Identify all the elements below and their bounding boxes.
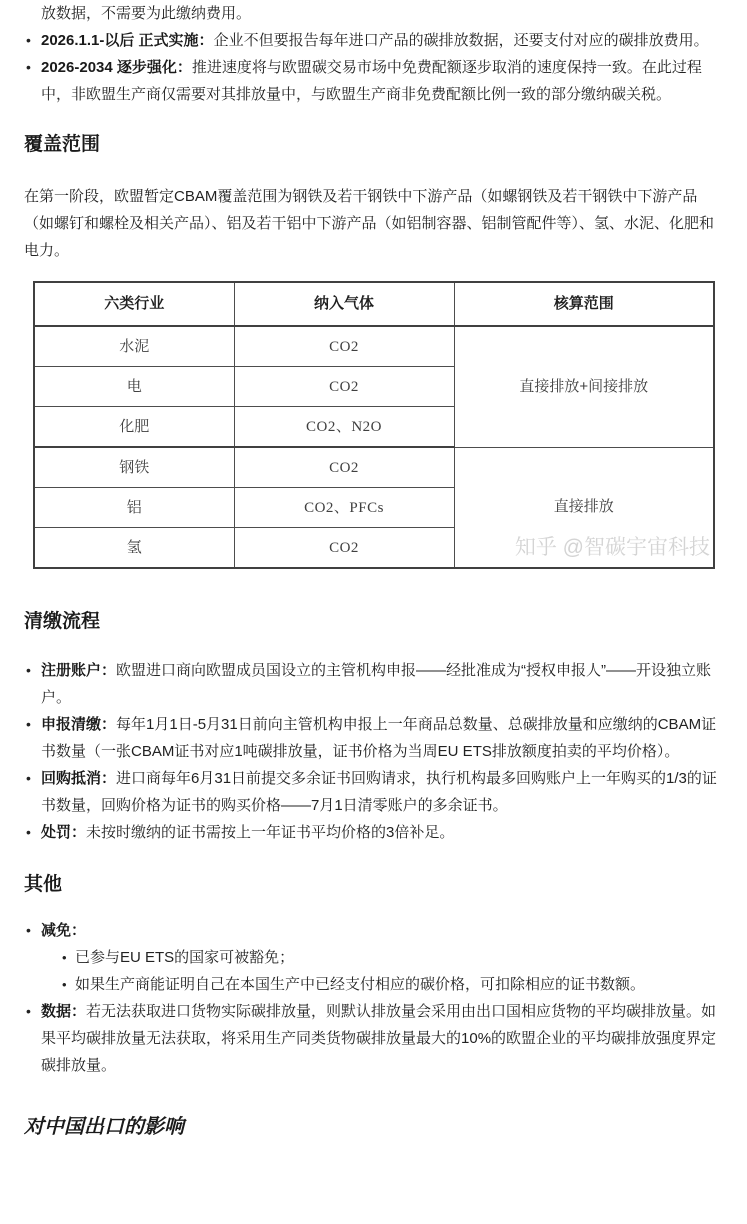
gas-cell: CO2: [234, 367, 454, 407]
scope-text: 直接排放+间接排放: [519, 378, 648, 395]
scope-cell-direct: 直接排放 知乎 @智碳宇宙科技: [454, 447, 714, 568]
settlement-bullet-list: 注册账户：欧盟进口商向欧盟成员国设立的主管机构申报——经批准成为“授权申报人”—…: [24, 657, 717, 846]
cbam-sector-table: 六类行业 纳入气体 核算范围 水泥 CO2 直接排放+间接排放 电 CO2 化肥…: [33, 281, 715, 569]
table-row: 水泥 CO2 直接排放+间接排放: [34, 326, 714, 367]
industry-cell: 钢铁: [34, 447, 234, 488]
item-label: 处罚：: [41, 824, 86, 841]
industry-cell: 水泥: [34, 326, 234, 367]
list-item: 回购抵消：进口商每年6月31日前提交多余证书回购请求，执行机构最多回购账户上一年…: [24, 765, 717, 819]
intro-continuation-line: 放数据，不需要为此缴纳费用。: [24, 0, 717, 27]
gas-cell: CO2、PFCs: [234, 488, 454, 528]
section-heading-others: 其他: [24, 872, 717, 898]
item-text: 欧盟进口商向欧盟成员国设立的主管机构申报——经批准成为“授权申报人”——开设独立…: [41, 662, 711, 706]
list-item-data: 数据：若无法获取进口货物实际碳排放量，则默认排放量会采用由出口国相应货物的平均碳…: [24, 998, 717, 1079]
sub-list-item: 已参与EU ETS的国家可被豁免；: [62, 944, 717, 971]
list-item: 注册账户：欧盟进口商向欧盟成员国设立的主管机构申报——经批准成为“授权申报人”—…: [24, 657, 717, 711]
section-heading-impact: 对中国出口的影响: [24, 1113, 717, 1141]
column-header-industry: 六类行业: [34, 282, 234, 326]
item-label: 申报清缴：: [41, 716, 116, 733]
table-header-row: 六类行业 纳入气体 核算范围: [34, 282, 714, 326]
gas-cell: CO2: [234, 447, 454, 488]
industry-cell: 氢: [34, 528, 234, 569]
scope-cell-direct-indirect: 直接排放+间接排放: [454, 326, 714, 447]
list-item: 2026.1.1-以后 正式实施：企业不但要报告每年进口产品的碳排放数据，还要支…: [24, 27, 717, 54]
item-label: 回购抵消：: [41, 770, 116, 787]
intro-bullet-list: 2026.1.1-以后 正式实施：企业不但要报告每年进口产品的碳排放数据，还要支…: [24, 27, 717, 108]
gas-cell: CO2: [234, 528, 454, 569]
list-item: 申报清缴：每年1月1日-5月31日前向主管机构申报上一年商品总数量、总碳排放量和…: [24, 711, 717, 765]
item-label: 减免：: [41, 922, 86, 939]
item-text: 每年1月1日-5月31日前向主管机构申报上一年商品总数量、总碳排放量和应缴纳的C…: [41, 716, 716, 760]
item-label: 2026-2034 逐步强化：: [41, 59, 192, 76]
column-header-scope: 核算范围: [454, 282, 714, 326]
sub-list-item: 如果生产商能证明自己在本国生产中已经支付相应的碳价格，可扣除相应的证书数额。: [62, 971, 717, 998]
list-item: 2026-2034 逐步强化：推进速度将与欧盟碳交易市场中免费配额逐步取消的速度…: [24, 54, 717, 108]
item-text: 未按时缴纳的证书需按上一年证书平均价格的3倍补足。: [86, 824, 454, 841]
gas-cell: CO2: [234, 326, 454, 367]
item-text: 进口商每年6月31日前提交多余证书回购请求，执行机构最多回购账户上一年购买的1/…: [41, 770, 717, 814]
scope-text: 直接排放: [554, 498, 614, 515]
table-row: 钢铁 CO2 直接排放 知乎 @智碳宇宙科技: [34, 447, 714, 488]
item-text: 若无法获取进口货物实际碳排放量，则默认排放量会采用由出口国相应货物的平均碳排放量…: [41, 1003, 716, 1074]
item-label: 数据：: [41, 1003, 86, 1020]
coverage-paragraph: 在第一阶段，欧盟暂定CBAM覆盖范围为钢铁及若干钢铁中下游产品（如螺钢铁及若干钢…: [24, 183, 717, 264]
section-heading-settlement: 清缴流程: [24, 609, 717, 635]
item-label: 2026.1.1-以后 正式实施：: [41, 32, 214, 49]
gas-cell: CO2、N2O: [234, 407, 454, 448]
reduction-sublist: 已参与EU ETS的国家可被豁免； 如果生产商能证明自己在本国生产中已经支付相应…: [41, 944, 717, 998]
industry-cell: 电: [34, 367, 234, 407]
list-item: 处罚：未按时缴纳的证书需按上一年证书平均价格的3倍补足。: [24, 819, 717, 846]
zhihu-watermark: 知乎 @智碳宇宙科技: [515, 537, 710, 558]
item-label: 注册账户：: [41, 662, 116, 679]
industry-cell: 化肥: [34, 407, 234, 448]
others-bullet-list: 减免： 已参与EU ETS的国家可被豁免； 如果生产商能证明自己在本国生产中已经…: [24, 917, 717, 1079]
section-heading-coverage: 覆盖范围: [24, 132, 717, 158]
list-item-reduction: 减免： 已参与EU ETS的国家可被豁免； 如果生产商能证明自己在本国生产中已经…: [24, 917, 717, 998]
column-header-gas: 纳入气体: [234, 282, 454, 326]
item-text: 企业不但要报告每年进口产品的碳排放数据，还要支付对应的碳排放费用。: [214, 32, 709, 49]
industry-cell: 铝: [34, 488, 234, 528]
